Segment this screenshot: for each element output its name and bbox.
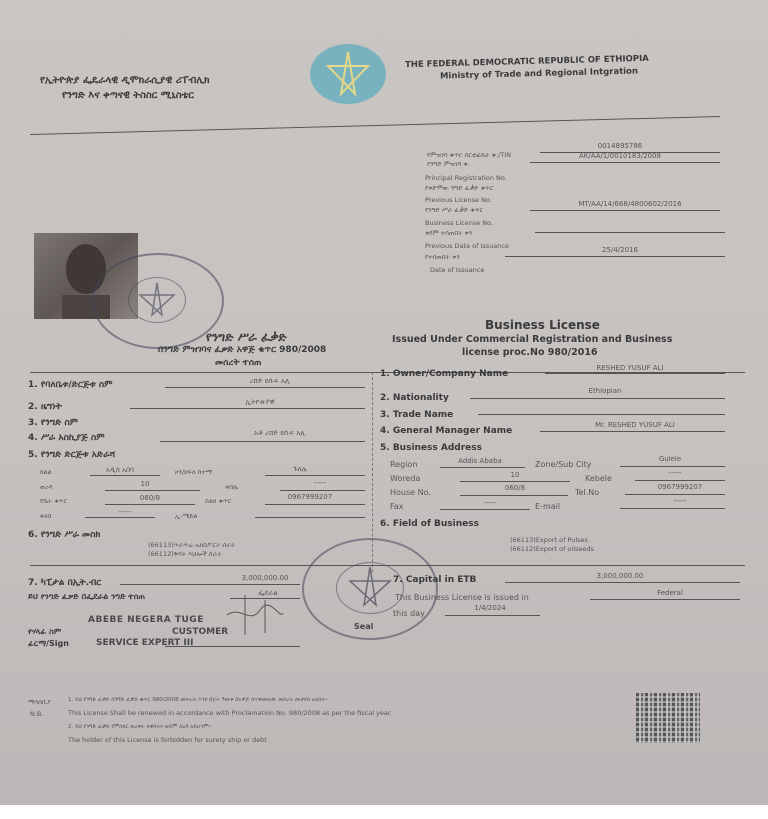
zone-label: Zone/Sub City	[535, 460, 592, 469]
business-license-am: የንግድ ሥራ ፈቃድ ቁጥር	[425, 206, 483, 215]
am-owner-label: 1. የባለቤቱ/ድርጅቱ ስም	[28, 380, 113, 390]
official-stamp-icon: Seal	[302, 538, 438, 640]
previous-date-en: Previous Date of Issuance	[425, 242, 509, 250]
issued-in-value: Federal	[640, 589, 700, 597]
field-of-business-value-1: (66113)Export of Pulses	[510, 536, 588, 544]
notes-label-am: ማሳሰቢያ	[28, 698, 51, 707]
signatory-title-1: CUSTOMER	[172, 627, 228, 637]
previous-license-en: Previous License No.	[425, 196, 492, 204]
am-address-label: 5. የንግድ ድርጅቱ አድራሻ	[28, 450, 115, 460]
issuance-date-am: የተሰጠበት ቀን	[425, 253, 460, 262]
field-line	[625, 494, 725, 495]
am-gm-value: አቶ ረሸድ ዩሱፍ አሊ	[220, 429, 340, 438]
am-kebele-value: -----	[300, 479, 340, 487]
field-line	[265, 475, 365, 476]
seal-label: Seal	[354, 622, 373, 631]
field-line	[255, 517, 365, 518]
nationality-label: 2. Nationality	[380, 393, 449, 403]
header-amharic-line2: የንግድ እና ቀጣናዊ ትስስር ሚኒስቴር	[62, 90, 194, 101]
previous-license-am: የቀድሞው ንግድ ፈቃድ ቁጥር	[425, 184, 494, 193]
kebele-value: -----	[660, 469, 690, 477]
house-no-value: 060/8	[495, 484, 535, 492]
am-nationality-label: 2. ዜግነት	[28, 402, 62, 412]
am-region-label: ክልል	[40, 468, 52, 477]
am-fax-label: ፋክስ	[40, 512, 51, 521]
woreda-label: Woreda	[390, 474, 420, 483]
am-field-label: 6. የንግድ ሥራ መስክ	[28, 530, 100, 540]
header-divider	[30, 116, 720, 135]
field-line	[635, 480, 725, 481]
signature-icon	[225, 595, 285, 639]
field-line	[105, 504, 195, 505]
trade-name-label: 3. Trade Name	[380, 410, 453, 420]
am-field-value-1: (66113)ጥራጥሬ ኤክስፖርት ሰራት	[148, 541, 235, 550]
am-capital-value: 3,000,000.00	[225, 574, 305, 582]
am-house-value: 060/8	[130, 494, 170, 502]
field-line	[530, 210, 720, 211]
english-title: Business License	[485, 318, 600, 332]
region-value: Addis Ababa	[450, 457, 510, 465]
am-kebele-label: ቀበሌ	[225, 483, 238, 492]
field-line	[540, 431, 725, 432]
field-line	[105, 490, 200, 491]
field-line	[280, 490, 365, 491]
english-subtitle2: license proc.No 980/2016	[462, 347, 598, 358]
note-2-am: 2. ይህ የንግድ ፈቃድ የምስክር ወረቀት ለዋስትና ወይም ለዕዳ …	[68, 724, 211, 731]
header-english-line2: Ministry of Trade and Regional Intgratio…	[440, 66, 638, 81]
am-gm-label: 4. ሥራ አስኪያጅ ስም	[28, 433, 105, 443]
am-nationality-value: ኢትዮጵያዊ	[210, 398, 310, 407]
am-tel-value: 0967999207	[270, 493, 350, 501]
amharic-title: የንግድ ሥራ ፈቃድ	[206, 330, 287, 345]
region-label: Region	[390, 460, 417, 469]
amharic-subtitle1: በንግድ ምዝገባና ፈቃድ አዋጅ ቁጥር 980/2008	[158, 345, 326, 355]
field-of-business-label: 6. Field of Business	[380, 519, 479, 529]
field-line	[535, 232, 725, 233]
business-license-en: Business License No.	[425, 219, 493, 227]
field-line	[445, 615, 540, 616]
field-line	[478, 414, 725, 415]
issuance-date-value: 25/4/2016	[570, 246, 670, 254]
field-line	[265, 504, 365, 505]
issuance-date-en: Date of Issuance	[430, 266, 484, 274]
fax-value: -----	[475, 499, 505, 507]
field-line	[620, 508, 725, 509]
am-region-value: አዲስ አበባ	[90, 466, 150, 475]
am-name-label: የሃላፊ ስም	[28, 627, 61, 637]
am-email-label: ኢ-ሜይል	[175, 512, 197, 521]
notes-label-en: N.B.	[30, 710, 43, 718]
tel-no-label: Tel.No	[575, 488, 599, 497]
am-woreda-label: ወረዳ	[40, 483, 52, 492]
field-line	[590, 599, 740, 600]
owner-label: 1. Owner/Company Name	[380, 369, 508, 379]
nationality-value: Ethiopian	[575, 387, 635, 395]
owner-value: RESHED YUSUF ALI	[580, 364, 680, 372]
email-label: E-mail	[535, 502, 560, 511]
principal-reg-value: AK/AA/1/0010183/2008	[545, 152, 695, 160]
field-line	[620, 466, 725, 467]
am-issued-line: ይህ የንግድ ፈቃድ በፌደራል ንግድ ተሰጠ	[28, 592, 145, 602]
field-line	[160, 441, 365, 442]
field-line	[85, 517, 155, 518]
field-line	[460, 495, 568, 496]
ethiopian-emblem-icon	[310, 44, 386, 104]
zone-value: Gulele	[650, 455, 690, 463]
day-value: 1/4/2024	[460, 604, 520, 612]
fax-label: Fax	[390, 502, 404, 511]
am-fax-value: -----	[110, 508, 140, 516]
qr-code-icon	[636, 693, 700, 743]
field-line	[460, 481, 570, 482]
field-line	[470, 398, 725, 399]
am-zone-value: ጉለሌ	[270, 465, 330, 474]
field-line	[545, 373, 725, 374]
field-line	[530, 162, 720, 163]
field-line	[120, 584, 300, 585]
previous-date-am: ቀደም ተሰጠበት ቀን	[425, 229, 472, 238]
gm-label: 4. General Manager Name	[380, 426, 512, 436]
am-sign-label: ፊርማ/Sign	[28, 639, 69, 649]
kebele-label: Kebele	[585, 474, 612, 483]
am-woreda-value: 10	[130, 480, 160, 488]
note-1-en: This License Shall be renewed in accorda…	[68, 709, 392, 717]
field-line	[130, 408, 365, 409]
am-tel-label: ስልክ ቁጥር	[205, 497, 231, 506]
woreda-value: 10	[500, 471, 530, 479]
am-owner-value: ረሸድ ዩሱፍ አሊ	[210, 377, 330, 386]
tel-no-value: 0967999207	[645, 483, 715, 491]
note-1-am: 1. ይህ የንግድ ፈቃድ በንግድ ፈቃድ ቁጥር 980/2008 መሠረ…	[68, 697, 328, 704]
field-line	[505, 582, 740, 583]
note-2-en: The holder of this License is forbidden …	[68, 736, 267, 744]
am-zone-label: ዞን/ክፍለ ከተማ	[175, 468, 212, 477]
email-value: -----	[665, 497, 695, 505]
am-field-value-2: (66112)ቅባት እህሎች ሰራት	[148, 550, 222, 559]
principal-reg-am: የንግድ ምዝገባ ቁ.	[427, 160, 470, 169]
house-no-label: House No.	[390, 488, 431, 497]
official-stamp-icon	[92, 253, 224, 349]
field-line	[90, 475, 160, 476]
field-line	[165, 387, 365, 388]
signatory-name: ABEBE NEGERA TUGE	[88, 615, 204, 625]
business-license-value: MT/AA/14/668/4800602/2016	[540, 200, 720, 208]
header-amharic-line1: የኢትዮጵያ ፌዴራላዊ ዲሞክራሲያዊ ሪፐብሊክ	[40, 75, 210, 86]
address-label: 5. Business Address	[380, 443, 482, 453]
principal-reg-en: Principal Registration No.	[425, 174, 507, 182]
am-house-label: የቤት ቁጥር	[40, 497, 67, 506]
amharic-subtitle2: መሰረት ተሰጠ	[215, 358, 262, 368]
field-of-business-value-2: (66112)Export of oilseeds	[510, 545, 594, 553]
field-line	[505, 256, 725, 257]
field-line	[440, 467, 525, 468]
english-subtitle1: Issued Under Commercial Registration and…	[392, 334, 672, 345]
tin-label: የምዝገባ ቁጥር ሰርቲፊኬት ቁ./TIN	[427, 151, 511, 160]
capital-value: 3,000,000.00	[580, 572, 660, 580]
am-trade-label: 3. የንግድ ስም	[28, 418, 78, 428]
tin-value: 0014895786	[560, 142, 680, 150]
field-line	[440, 509, 530, 510]
license-document: የኢትዮጵያ ፌዴራላዊ ዲሞክራሲያዊ ሪፐብሊክ የንግድ እና ቀጣናዊ …	[0, 0, 768, 805]
field-line	[165, 646, 300, 647]
am-capital-label: 7. ካፒታል በኢት.ብር	[28, 578, 101, 588]
gm-value: Mr. RESHED YUSUF ALI	[575, 421, 695, 429]
